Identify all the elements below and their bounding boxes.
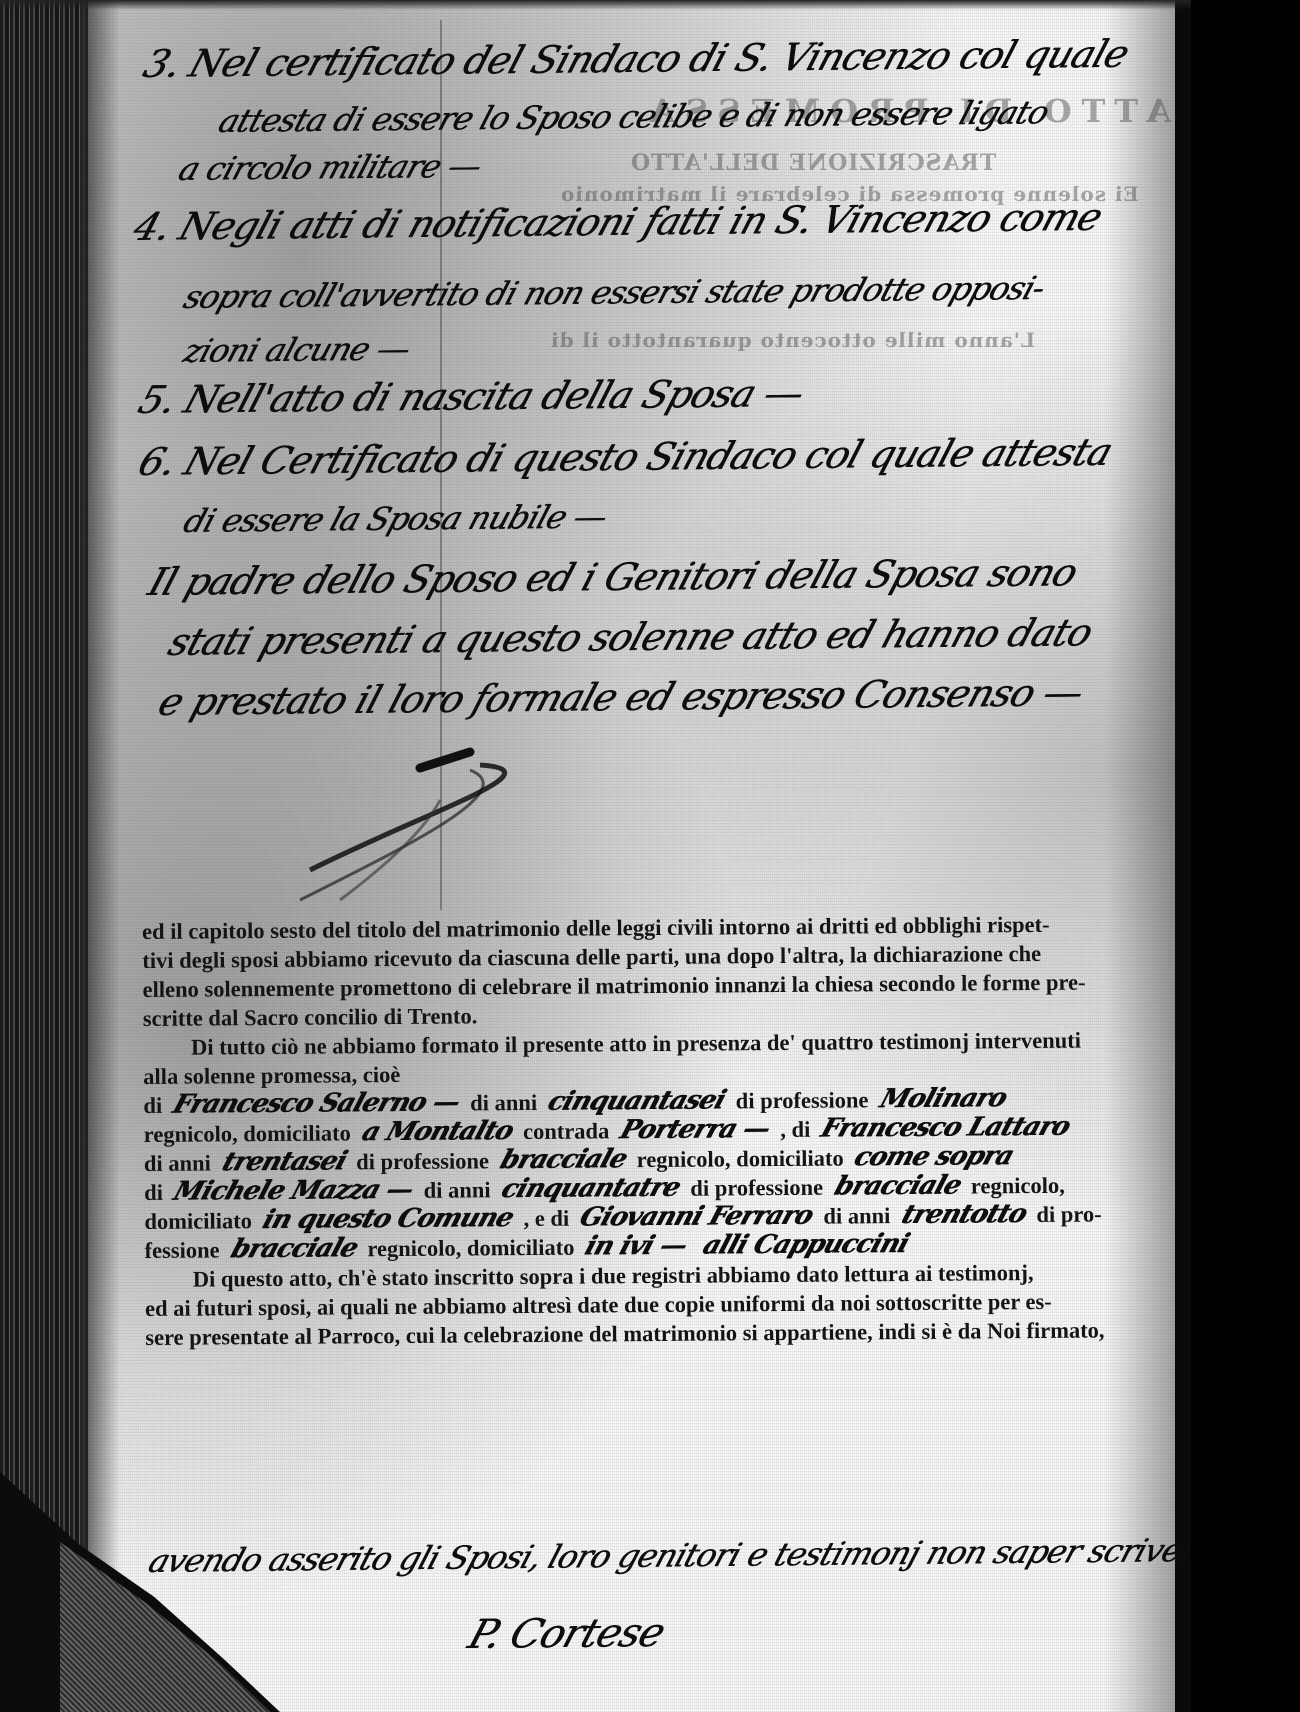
witness-1-name: Francesco Salerno —: [169, 1088, 463, 1119]
witness-3-name: Michele Mazza —: [170, 1176, 417, 1207]
label: contrada: [523, 1118, 609, 1144]
label: di professione: [690, 1175, 823, 1201]
right-edge-shadow: [1105, 0, 1175, 1712]
witness-2-name: Francesco Lattaro: [817, 1113, 1073, 1144]
witness-2-age: trentasei: [218, 1147, 349, 1177]
label: regnicolo, domiciliato: [637, 1145, 844, 1172]
witness-3-age: cinquantatre: [498, 1174, 684, 1204]
label: di anni: [424, 1177, 491, 1203]
scanned-document-page: ATTO DI PROMESSA TRASCRIZIONE DELL'ATTO …: [0, 0, 1191, 1712]
label: , di: [780, 1117, 810, 1142]
witness-3-residence: in questo Comune: [259, 1204, 517, 1235]
witness-4-residence: in ivi —: [581, 1232, 690, 1262]
witness-4-age: trentotto: [897, 1200, 1029, 1230]
witness-3-profession: bracciale: [830, 1172, 964, 1202]
witness-1-street: Porterra —: [616, 1115, 773, 1145]
handwritten-note-6-cont: di essere la Sposa nubile —: [179, 498, 611, 540]
handwritten-note-4-cont2: zioni alcune —: [179, 330, 415, 370]
top-edge-shadow: [0, 0, 1191, 10]
witness-1-profession: Molinaro: [876, 1084, 1010, 1114]
signature: P. Cortese: [463, 1610, 670, 1658]
paper-background: [80, 0, 1177, 1712]
label: di anni: [144, 1150, 211, 1176]
bleed-line-2: L'anno mille ottocento quarantotto il di: [550, 328, 1035, 352]
witness-2-profession: bracciale: [496, 1145, 630, 1175]
label: regnicolo, domiciliato: [144, 1120, 351, 1147]
printed-body: ed il capitolo sesto del titolo del matr…: [142, 909, 1175, 1352]
bleed-subheader: TRASCRIZIONE DELL'ATTO: [630, 150, 996, 176]
witness-4-note: alli Cappuccini: [699, 1230, 912, 1261]
spine-shadow: [80, 0, 120, 1712]
label: di professione: [356, 1148, 489, 1174]
witness-1-age: cinquantasei: [544, 1086, 729, 1116]
book-spine: [0, 0, 88, 1712]
witness-1-residence: a Montalto: [358, 1117, 516, 1147]
label: di: [143, 1093, 162, 1118]
witness-4-name: Giovanni Ferraro: [576, 1202, 816, 1233]
handwritten-note-5: 5. Nell'atto di nascita della Sposa —: [133, 371, 809, 422]
label: , e di: [523, 1206, 569, 1231]
label: di professione: [736, 1087, 869, 1113]
label: di: [144, 1180, 163, 1205]
label: di anni: [823, 1203, 890, 1229]
handwritten-note-3-cont2: a circolo militare —: [174, 147, 486, 188]
label: regnicolo, domiciliato: [367, 1235, 574, 1262]
witness-4-profession: bracciale: [227, 1234, 361, 1264]
witness-2-residence: come sopra: [851, 1142, 1017, 1172]
label: di anni: [470, 1090, 537, 1116]
note-text: Nell'atto di nascita della Sposa —: [179, 371, 810, 421]
right-page-edge: [1175, 0, 1191, 1712]
